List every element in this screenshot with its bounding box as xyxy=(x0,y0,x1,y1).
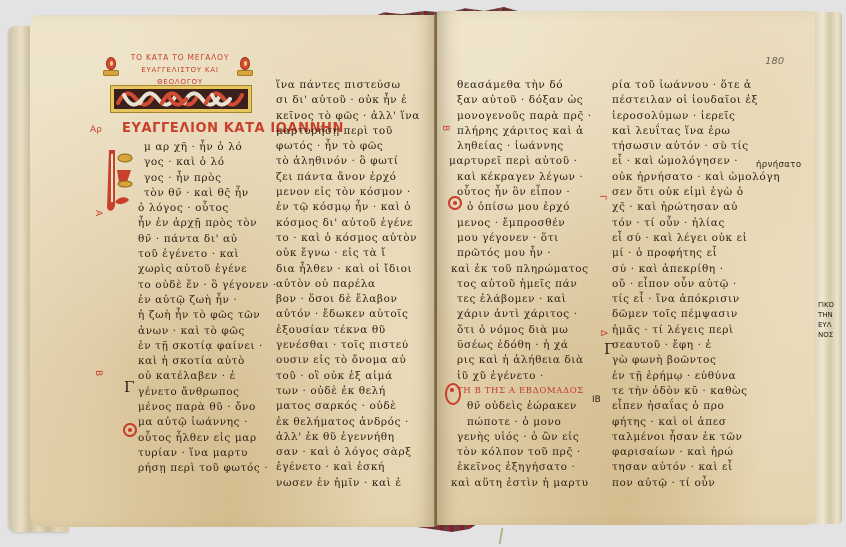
text-line: τυρίαν · ἵνα μαρτυ xyxy=(138,446,277,461)
text-line: αὐτόν · ἔδωκεν αὐτοῖς xyxy=(276,307,420,322)
decorated-initial-icon xyxy=(103,146,133,216)
manuscript-photo: ΤΟ ΚΑΤΑ ΤΟ ΜΕΓΑΛΟΥ ΕΥΑΓΓΕΛΙΣΤΟΥ ΚΑΙ ΘΕΟΛ… xyxy=(0,0,846,547)
text-line: μενον εἰς τὸν κόσμον · xyxy=(276,185,420,200)
interlace-ornament-icon xyxy=(114,89,248,109)
text-line: μένος παρὰ θῦ · ὄνο xyxy=(138,400,277,415)
text-line: ξαν αὐτοῦ · δόξαν ὡς xyxy=(457,93,592,108)
left-page-column-2: ἵνα πάντες πιστεύσω σι δι' αὐτοῦ · οὐκ ἦ… xyxy=(276,78,420,491)
text-line: σαν · καὶ ὁ λόγος σὰρξ xyxy=(276,445,420,460)
text-line: οὔ · εἶπον οὖν αὐτῷ · xyxy=(612,277,780,292)
marginal-mark: Β xyxy=(440,125,450,131)
text-line: φωτός · ἦν τὸ φῶς xyxy=(276,139,420,154)
text-line: θεασάμεθα τὴν δό xyxy=(457,78,592,93)
text-line: γενέσθαι · τοῖς πιστεύ xyxy=(276,338,420,353)
text-line: εἶπεν ἠσαΐας ὁ προ xyxy=(612,399,780,414)
text-line: οὐ κατέλαβεν · ἐ xyxy=(138,369,277,384)
enlarged-initial-gamma-icon: Γ xyxy=(604,340,614,358)
text-line: γενὴς υἱός · ὁ ὢν εἰς xyxy=(457,430,592,445)
loose-thread xyxy=(499,528,504,544)
text-line: ὅτι ὁ νόμος διὰ μω xyxy=(457,323,592,338)
text-line: εἶ σύ · καὶ λέγει οὐκ εἰ xyxy=(612,231,780,246)
text-line: σεν ὅτι οὐκ εἰμὶ ἐγὼ ὁ xyxy=(612,185,780,200)
text-line: ὁ λόγος · οὗτος xyxy=(138,201,277,216)
text-line: τησαν αὐτόν · καὶ εἶ xyxy=(612,460,780,475)
edge-note-line: ΓΙΚΟ xyxy=(818,300,834,310)
text-line: τὸν κόλπον τοῦ πρς̄ · xyxy=(457,445,592,460)
margin-note: ἠρνήσατο xyxy=(756,160,801,170)
text-line: ματος σαρκός · οὐδὲ xyxy=(276,399,420,414)
text-line: ρία τοῦ ἰωάννου · ὅτε ἀ xyxy=(612,78,780,93)
left-page-column-1: μ αρ χῆ · ἦν ὁ λό γος · καὶ ὁ λό γος · ἦ… xyxy=(138,140,277,477)
text-line: θν̄ οὐδεὶς ἑώρακεν xyxy=(457,399,592,414)
text-line: ἐγένετο · καὶ ἐσκή xyxy=(276,460,420,475)
text-line: τόν · τί οὖν · ἠλίας xyxy=(612,216,780,231)
text-line: γος · ἦν πρὸς xyxy=(138,171,277,186)
text-line: σύ · καὶ ἀπεκρίθη · xyxy=(612,262,780,277)
enlarged-initial-gamma-icon: Γ xyxy=(124,378,134,396)
text-line: μαρτυρεῖ περὶ αὐτοῦ · xyxy=(449,154,592,169)
red-ring-initial-icon xyxy=(448,196,462,210)
text-line: ρις καὶ ἡ ἀλήθεια διὰ xyxy=(457,353,592,368)
text-line: το · καὶ ὁ κόσμος αὐτὸν xyxy=(276,231,420,246)
text-line: οὗτος ἦν ὃν εἶπον · xyxy=(457,185,592,200)
text-line: μου γέγονεν · ὅτι xyxy=(457,231,592,246)
text-line: τε τὴν ὁδὸν κῡ · καθὼς xyxy=(612,384,780,399)
edge-note-line: ΕΥΛ xyxy=(818,320,834,330)
text-line: ταλμένοι ἦσαν ἐκ τῶν xyxy=(612,430,780,445)
text-line: ϋσέως ἐδόθη · ἡ χά xyxy=(457,338,592,353)
text-line: νωσεν ἐν ἡμῖν · καὶ ἐ xyxy=(276,476,420,491)
finial-ornament-icon xyxy=(106,57,116,83)
finial-ornament-icon xyxy=(240,57,250,83)
text-line: ζει πάντα ἄνον ἐρχό xyxy=(276,170,420,185)
text-line: μενος · ἔμπροσθέν xyxy=(457,216,592,231)
text-line: ἡμᾶς · τί λέγεις περὶ xyxy=(612,323,780,338)
text-line: καὶ αὕτη ἐστὶν ἡ μαρτυ xyxy=(451,476,592,491)
text-line: ἐξουσίαν τέκνα θῦ xyxy=(276,323,420,338)
text-line: ἱεροσολύμων · ἱερεῖς xyxy=(612,109,780,124)
text-line: χς̄ · καὶ ἠρώτησαν αὐ xyxy=(612,200,780,215)
text-line: βον · ὅσοι δὲ ἔλαβον xyxy=(276,292,420,307)
text-line: μα αὐτῷ ἰωάννης · xyxy=(138,415,277,430)
text-line: ἰῦ χῦ ἐγένετο · xyxy=(457,369,592,384)
right-page-column-1: θεασάμεθα τὴν δό ξαν αὐτοῦ · δόξαν ὡς μο… xyxy=(457,78,592,491)
text-line: ἐκεῖνος ἐξηγήσατο · xyxy=(457,460,592,475)
marginal-mark: Δ xyxy=(598,330,608,336)
text-line: πλήρης χάριτος καὶ ἀ xyxy=(457,124,592,139)
text-line: γένετο ἄνθρωπος xyxy=(138,385,277,400)
text-line: ουσιν εἰς τὸ ὄνομα αὐ xyxy=(276,353,420,368)
rubric-line: ΤΗ Β ΤΗΣ Α ΕΒΔΟΜΑΔΟΣ xyxy=(457,384,592,399)
text-line: καὶ ἡ σκοτία αὐτὸ xyxy=(138,354,277,369)
text-line: εἶ · καὶ ὡμολόγησεν · xyxy=(612,154,780,169)
text-line: οὐκ ἠρνήσατο · καὶ ὡμολόγη xyxy=(612,170,780,185)
marginal-mark: Γ xyxy=(597,195,607,200)
text-line: δῶμεν τοῖς πέμψασιν xyxy=(612,307,780,322)
text-line: γος · καὶ ὁ λό xyxy=(138,155,277,170)
text-line: τὸ ἀληθινόν · ὃ φωτί xyxy=(276,154,420,169)
text-line: φήτης · καὶ οἱ ἀπεσ xyxy=(612,415,780,430)
text-line: μονογενοῦς παρὰ πρς̄ · xyxy=(457,109,592,124)
text-line: μαρτυρήσῃ περὶ τοῦ xyxy=(276,124,420,139)
text-line: πέστειλαν οἱ ἰουδαῖοι ἐξ xyxy=(612,93,780,108)
text-line: τοῦ · οἳ οὐκ ἐξ αἱμά xyxy=(276,369,420,384)
marginal-mark: Αρ xyxy=(90,125,102,135)
red-decorated-initial-icon xyxy=(445,383,461,405)
text-line: καὶ λευΐτας ἵνα ἐρω xyxy=(612,124,780,139)
text-line: ρήσῃ περὶ τοῦ φωτός · xyxy=(138,461,277,476)
text-line: μ αρ χῆ · ἦν ὁ λό xyxy=(138,140,277,155)
text-line: ἀλλ' ἐκ θῦ ἐγεννήθη xyxy=(276,430,420,445)
edge-note: ΓΙΚΟ ΤΗΝ ΕΥΛ ΝΟΣ xyxy=(818,300,834,340)
marginal-mark: ΙΒ xyxy=(592,395,601,405)
text-line: οὗτος ἦλθεν εἰς μαρ xyxy=(138,431,277,446)
text-line: ὁ ὀπίσω μου ἐρχό xyxy=(457,200,592,215)
text-line: ἦν ἐν ἀρχῇ πρὸς τὸν xyxy=(138,216,277,231)
text-line: καὶ κέκραγεν λέγων · xyxy=(457,170,592,185)
headpiece-title: ΤΟ ΚΑΤΑ ΤΟ ΜΕΓΑΛΟΥ ΕΥΑΓΓΕΛΙΣΤΟΥ ΚΑΙ ΘΕΟΛ… xyxy=(120,52,240,88)
text-line: κόσμος δι' αὐτοῦ ἐγένε xyxy=(276,216,420,231)
text-line: ἐν τῇ σκοτίᾳ φαίνει · xyxy=(138,339,277,354)
interlace-headpiece-band xyxy=(110,85,252,113)
text-line: μί · ὁ προφήτης εἶ xyxy=(612,246,780,261)
text-line: το οὐδὲ ἕν · ὃ γέγονεν · xyxy=(138,278,277,293)
text-line: ἐν αὐτῷ ζωὴ ἦν · xyxy=(138,293,277,308)
text-line: χωρὶς αὐτοῦ ἐγένε xyxy=(138,262,277,277)
text-line: ἡ ζωὴ ἦν τὸ φῶς τῶν xyxy=(138,308,277,323)
text-line: δια ἦλθεν · καὶ οἱ ἴδιοι xyxy=(276,262,420,277)
text-line: τοῦ ἐγένετο · καὶ xyxy=(138,247,277,262)
text-line: οὐκ ἔγνω · εἰς τὰ ἴ xyxy=(276,246,420,261)
right-page-column-2: ρία τοῦ ἰωάννου · ὅτε ἀ πέστειλαν οἱ ἰου… xyxy=(612,78,780,491)
text-line: φαρισαίων · καὶ ἠρώ xyxy=(612,445,780,460)
text-line: αὐτὸν οὐ παρέλα xyxy=(276,277,420,292)
text-line: πον αὐτῷ · τί οὖν xyxy=(612,476,780,491)
red-ring-initial-icon xyxy=(123,423,137,437)
text-line: ἀνων · καὶ τὸ φῶς xyxy=(138,324,277,339)
text-line: ἐν τῇ ἐρήμῳ · εὐθύνα xyxy=(612,369,780,384)
text-line: ἐκ θελήματος ἀνδρός · xyxy=(276,415,420,430)
text-line: τες ἐλάβομεν · καὶ xyxy=(457,292,592,307)
text-line: θν̄ · πάντα δι' αὐ xyxy=(138,232,277,247)
text-line: σι δι' αὐτοῦ · οὐκ ἦν ἐ xyxy=(276,93,420,108)
text-line: τὸν θν̄ · καὶ θς̄ ἦν xyxy=(138,186,277,201)
text-line: κεῖνος τὸ φῶς · ἀλλ' ἵνα xyxy=(276,109,420,124)
folio-number: 180 xyxy=(765,56,784,67)
text-line: ἐν τῷ κόσμῳ ἦν · καὶ ὁ xyxy=(276,200,420,215)
edge-note-line: ΤΗΝ xyxy=(818,310,834,320)
text-line: ἵνα πάντες πιστεύσω xyxy=(276,78,420,93)
text-line: καὶ ἐκ τοῦ πληρώματος xyxy=(451,262,592,277)
text-line: πώποτε · ὁ μονο xyxy=(457,415,592,430)
headpiece-line-1: ΤΟ ΚΑΤΑ ΤΟ ΜΕΓΑΛΟΥ xyxy=(120,52,240,64)
text-line: σεαυτοῦ · ἔφη · ἐ xyxy=(612,338,780,353)
right-page-block-edge xyxy=(812,12,842,524)
edge-note-line: ΝΟΣ xyxy=(818,330,834,340)
text-line: τήσωσιν αὐτόν · σὺ τίς xyxy=(612,139,780,154)
text-line: τίς εἶ · ἵνα ἀπόκρισιν xyxy=(612,292,780,307)
text-line: πρῶτός μου ἦν · xyxy=(457,246,592,261)
text-line: των · οὐδὲ ἐκ θελή xyxy=(276,384,420,399)
text-line: γὼ φωνὴ βοῶντος xyxy=(612,353,780,368)
text-line: τος αὐτοῦ ἡμεῖς πάν xyxy=(457,277,592,292)
text-line: χάριν ἀντὶ χάριτος · xyxy=(457,307,592,322)
marginal-mark: Α xyxy=(93,210,103,216)
marginal-mark: Β xyxy=(93,370,103,376)
text-line: ληθείας · ἰωάννης xyxy=(457,139,592,154)
